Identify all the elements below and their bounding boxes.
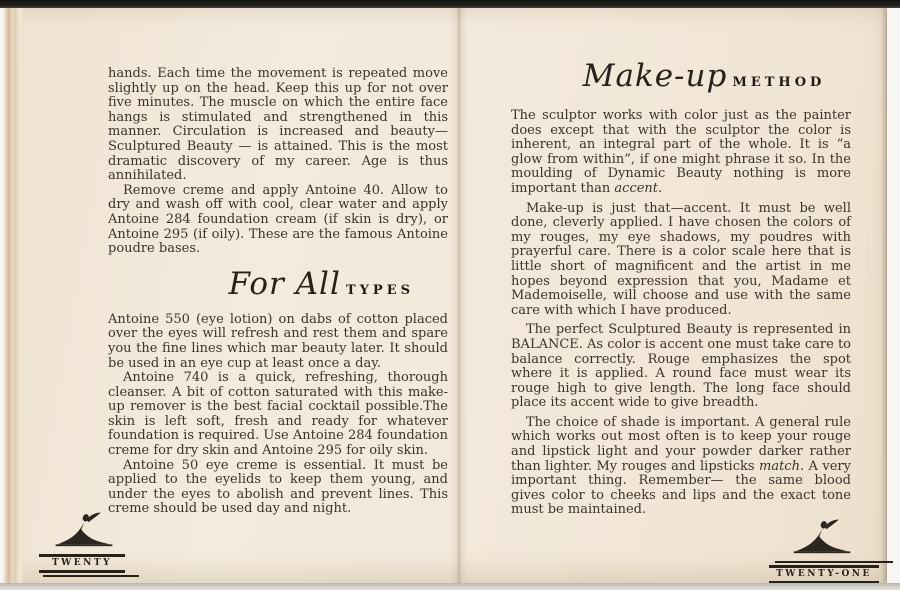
paragraph: Antoine 740 is a quick, refreshing, thor…: [108, 371, 448, 459]
scan-edge-bottom: [0, 583, 900, 590]
section-heading-for-all-types: For All TYPES: [108, 264, 414, 308]
page-number-banner: TWENTY-ONE: [769, 565, 879, 584]
reclining-figure-icon: [53, 510, 115, 554]
heading-script-text: Make-up: [583, 58, 728, 94]
page-edges-left: [3, 7, 22, 584]
book-scan: hands. Each time the movement is repeate…: [0, 0, 900, 590]
paragraph: Antoine 50 eye creme is essential. It mu…: [108, 459, 448, 517]
right-page: Make-up METHOD The sculptor works with c…: [511, 55, 851, 523]
section-heading-make-up-method: Make-up METHOD: [511, 55, 851, 101]
left-page: hands. Each time the movement is repeate…: [108, 67, 448, 517]
paragraph: Make-up is just that—accent. It must be …: [511, 202, 851, 319]
reclining-figure-icon: [791, 517, 853, 561]
heading-caps-text: TYPES: [346, 283, 414, 298]
gutter-shadow: [450, 7, 468, 584]
right-page-folio: TWENTY-ONE: [769, 517, 893, 584]
paragraph: The sculptor works with color just as th…: [511, 109, 851, 197]
scan-edge-top: [0, 0, 900, 8]
banner-rule: [775, 561, 893, 563]
left-page-folio: TWENTY: [39, 510, 139, 577]
heading-caps-text: METHOD: [732, 75, 825, 90]
paragraph: The choice of shade is important. A gene…: [511, 416, 851, 518]
paragraph: Remove creme and apply Antoine 40. Allow…: [108, 184, 448, 257]
paragraph: The perfect Sculptured Beauty is represe…: [511, 323, 851, 411]
paragraph: Antoine 550 (eye lotion) on dabs of cott…: [108, 313, 448, 371]
book-spread: hands. Each time the movement is repeate…: [3, 7, 887, 584]
page-edge-right: [881, 7, 887, 584]
page-number-banner: TWENTY: [39, 554, 125, 573]
heading-script-text: For All: [229, 266, 341, 302]
banner-rule: [43, 575, 139, 577]
paragraph: hands. Each time the movement is repeate…: [108, 67, 448, 184]
